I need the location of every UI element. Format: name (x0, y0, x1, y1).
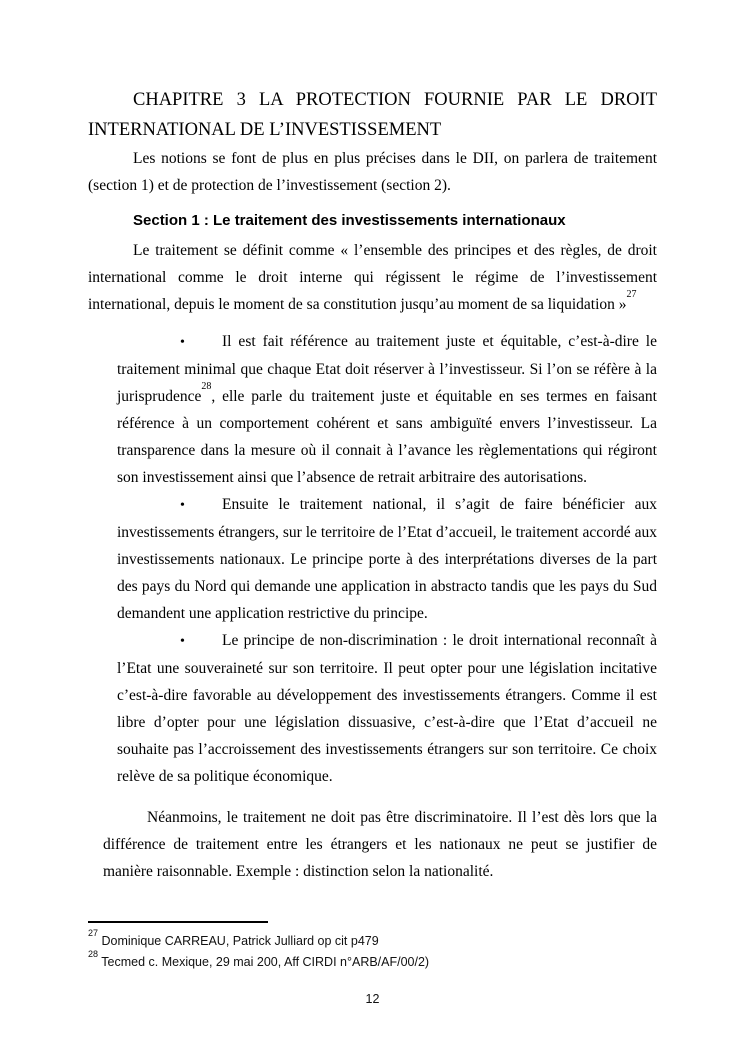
bullet-icon: • (180, 628, 222, 655)
footnote-number: 27 (88, 928, 98, 938)
footnote-ref-28: 28 (201, 381, 211, 392)
bullet-icon: • (180, 492, 222, 519)
footnote-text: Dominique CARREAU, Patrick Julliard op c… (98, 934, 379, 948)
chapter-title: CHAPITRE 3 LA PROTECTION FOURNIE PAR LE … (88, 85, 657, 145)
bullet-icon: • (180, 329, 222, 356)
footnote-number: 28 (88, 949, 98, 959)
chapter-title-line2: INTERNATIONAL DE L’INVESTISSEMENT (88, 115, 657, 145)
section-heading: Section 1 : Le traitement des investisse… (133, 209, 657, 233)
bullet-text: Le principe de non-discrimination : le d… (117, 632, 657, 785)
chapter-title-line1: CHAPITRE 3 LA PROTECTION FOURNIE PAR LE … (88, 85, 657, 115)
footnotes-section: 27 Dominique CARREAU, Patrick Julliard o… (88, 921, 657, 972)
bullet-list: •Il est fait référence au traitement jus… (88, 328, 657, 790)
footnote-28: 28 Tecmed c. Mexique, 29 mai 200, Aff CI… (88, 950, 657, 972)
footnote-27: 27 Dominique CARREAU, Patrick Julliard o… (88, 929, 657, 951)
bullet-item-national-treatment: •Ensuite le traitement national, il s’ag… (117, 491, 657, 627)
bullet-item-fair-treatment: •Il est fait référence au traitement jus… (117, 328, 657, 491)
page-content: CHAPITRE 3 LA PROTECTION FOURNIE PAR LE … (88, 85, 657, 885)
footnote-ref-27: 27 (627, 289, 637, 300)
footnote-text: Tecmed c. Mexique, 29 mai 200, Aff CIRDI… (98, 955, 429, 969)
intro-paragraph: Les notions se font de plus en plus préc… (88, 145, 657, 199)
definition-paragraph: Le traitement se définit comme « l’ensem… (88, 237, 657, 318)
page-number: 12 (0, 992, 745, 1006)
footnote-separator (88, 921, 268, 923)
definition-text: Le traitement se définit comme « l’ensem… (88, 242, 657, 313)
closing-paragraph: Néanmoins, le traitement ne doit pas êtr… (103, 804, 657, 885)
document-page: CHAPITRE 3 LA PROTECTION FOURNIE PAR LE … (0, 0, 745, 1053)
bullet-item-non-discrimination: •Le principe de non-discrimination : le … (117, 627, 657, 790)
